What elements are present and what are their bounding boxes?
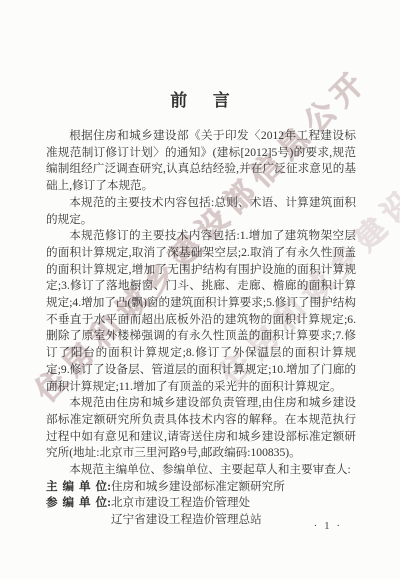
chief-editing-unit-label: 主 编 单 位: xyxy=(46,479,111,496)
participating-units-label: 参 编 单 位: xyxy=(46,495,111,528)
scanned-document-page: 住房和城乡建设部信息公开 住房和城乡建设部信息公开 前言 根据住房和城乡建设部《… xyxy=(0,0,400,579)
paragraph-main-contents: 本规范的主要技术内容包括:总则、术语、计算建筑面积的规定。 xyxy=(46,195,356,228)
document-body: 根据住房和城乡建设部《关于印发〈2012年工程建设标准规范制订修订计划〉的通知》… xyxy=(46,128,356,529)
chief-editing-unit-value: 住房和城乡建设部标准定额研究所 xyxy=(111,479,356,496)
paragraph-administration: 本规范由住房和城乡建设部负责管理,由住房和城乡建设部标准定额研究所负责具体技术内… xyxy=(46,395,356,462)
participating-units-row: 参 编 单 位: 北京市建设工程造价管理处 辽宁省建设工程造价管理总站 xyxy=(46,495,356,528)
paragraph-credits-intro: 本规范主编单位、参编单位、主要起草人和主要审查人: xyxy=(46,462,356,479)
paragraph-revision-items: 本规范修订的主要技术内容包括:1.增加了建筑物架空层的面积计算规定,取消了深基础… xyxy=(46,228,356,395)
page-number: · 1 · xyxy=(314,520,342,532)
participating-unit-value-1: 北京市建设工程造价管理处 xyxy=(111,495,356,512)
chief-editing-unit-row: 主 编 单 位: 住房和城乡建设部标准定额研究所 xyxy=(46,479,356,496)
page-title: 前言 xyxy=(0,0,400,111)
paragraph-basis: 根据住房和城乡建设部《关于印发〈2012年工程建设标准规范制订修订计划〉的通知》… xyxy=(46,128,356,195)
